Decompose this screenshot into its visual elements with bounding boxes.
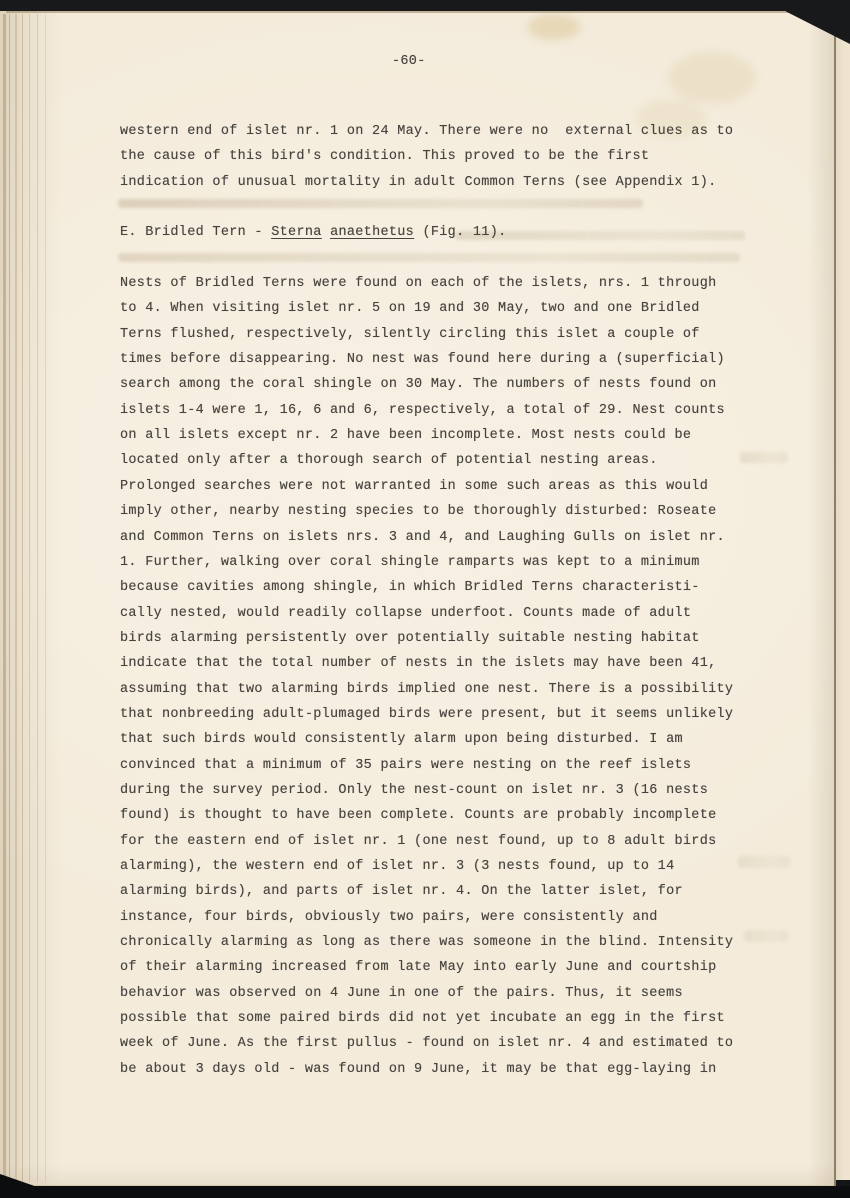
text-line: because cavities among shingle, in which…	[120, 575, 780, 600]
text-line: cally nested, would readily collapse und…	[120, 601, 780, 626]
text-line: chronically alarming as long as there wa…	[120, 930, 780, 955]
text-line: that nonbreeding adult-plumaged birds we…	[120, 702, 780, 727]
page-stack-edge	[37, 14, 38, 1182]
page-stack-edge	[29, 14, 30, 1182]
text-segment: E. Bridled Tern -	[120, 225, 271, 240]
text-line: behavior was observed on 4 June in one o…	[120, 981, 780, 1006]
text-line: be about 3 days old - was found on 9 Jun…	[120, 1057, 780, 1082]
scan-border-bottom	[0, 1186, 850, 1198]
page-stack-edge	[3, 14, 6, 1182]
text-line: times before disappearing. No nest was f…	[120, 347, 780, 372]
page-stack-edge	[45, 14, 46, 1182]
text-line: Nests of Bridled Terns were found on eac…	[120, 271, 780, 296]
page-stack-edge	[15, 14, 17, 1182]
text-line: alarming birds), and parts of islet nr. …	[120, 879, 780, 904]
text-line	[120, 246, 780, 271]
text-line: E. Bridled Tern - Sterna anaethetus (Fig…	[120, 220, 780, 245]
text-line: indicate that the total number of nests …	[120, 651, 780, 676]
text-line: week of June. As the first pullus - foun…	[120, 1031, 780, 1056]
text-segment: (Fig. 11).	[414, 225, 506, 240]
underlined-species-name: anaethetus	[330, 225, 414, 240]
text-line: on all islets except nr. 2 have been inc…	[120, 423, 780, 448]
scanned-book-page: -60- western end of islet nr. 1 on 24 Ma…	[0, 0, 850, 1198]
text-line: of their alarming increased from late Ma…	[120, 955, 780, 980]
paper-stain	[668, 52, 756, 104]
text-line: to 4. When visiting islet nr. 5 on 19 an…	[120, 296, 780, 321]
paper-stain	[528, 14, 580, 40]
text-line: and Common Terns on islets nrs. 3 and 4,…	[120, 525, 780, 550]
text-line: imply other, nearby nesting species to b…	[120, 499, 780, 524]
text-line: islets 1-4 were 1, 16, 6 and 6, respecti…	[120, 398, 780, 423]
page-stack-edge	[22, 14, 23, 1182]
text-line: convinced that a minimum of 35 pairs wer…	[120, 753, 780, 778]
text-line: for the eastern end of islet nr. 1 (one …	[120, 829, 780, 854]
text-line: located only after a thorough search of …	[120, 448, 780, 473]
text-line: search among the coral shingle on 30 May…	[120, 372, 780, 397]
text-line: 1. Further, walking over coral shingle r…	[120, 550, 780, 575]
text-line: alarming), the western end of islet nr. …	[120, 854, 780, 879]
text-line: instance, four birds, obviously two pair…	[120, 905, 780, 930]
page-stack-edge	[9, 14, 10, 1182]
page-number: -60-	[392, 54, 426, 69]
underlined-species-name: Sterna	[271, 225, 321, 240]
page-top-edge-shadow	[6, 11, 834, 13]
text-line: assuming that two alarming birds implied…	[120, 677, 780, 702]
text-line: possible that some paired birds did not …	[120, 1006, 780, 1031]
text-line: birds alarming persistently over potenti…	[120, 626, 780, 651]
text-line	[120, 195, 780, 220]
next-page-edge	[836, 30, 850, 1180]
text-line: the cause of this bird's condition. This…	[120, 144, 780, 169]
text-line: indication of unusual mortality in adult…	[120, 170, 780, 195]
text-line: western end of islet nr. 1 on 24 May. Th…	[120, 119, 780, 144]
text-line: Terns flushed, respectively, silently ci…	[120, 322, 780, 347]
text-line: during the survey period. Only the nest-…	[120, 778, 780, 803]
text-block: western end of islet nr. 1 on 24 May. Th…	[120, 119, 780, 1082]
scan-border-top	[0, 0, 850, 11]
text-line: that such birds would consistently alarm…	[120, 727, 780, 752]
text-line: found) is thought to have been complete.…	[120, 803, 780, 828]
text-segment	[322, 225, 330, 240]
text-line: Prolonged searches were not warranted in…	[120, 474, 780, 499]
